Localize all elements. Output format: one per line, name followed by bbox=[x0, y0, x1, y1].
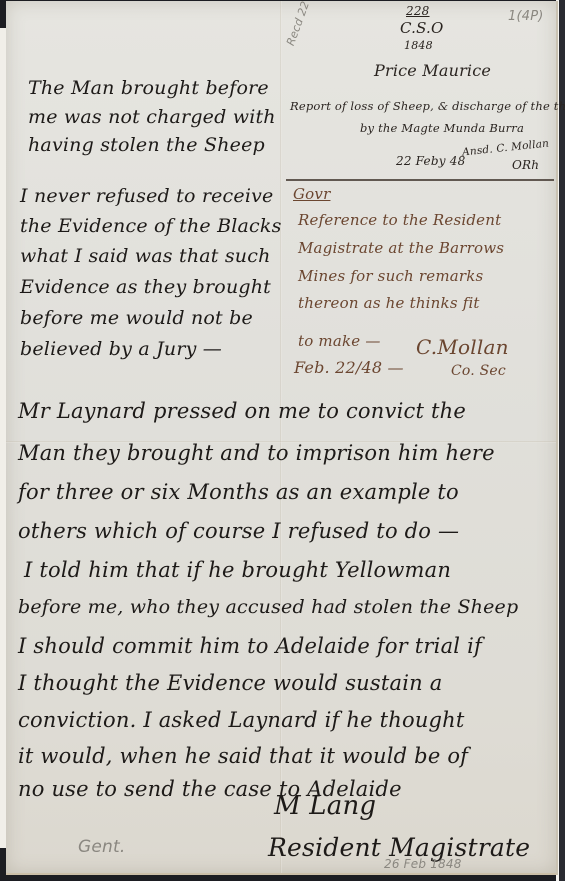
docket-series: C.S.O bbox=[400, 19, 444, 37]
closing-signature: M Lang bbox=[274, 791, 376, 821]
minute-line: thereon as he thinks fit bbox=[298, 294, 480, 312]
closing-date: 26 Feb 1848 bbox=[384, 857, 462, 871]
body-line: conviction. I asked Laynard if he though… bbox=[18, 708, 465, 732]
intro-line: The Man brought before bbox=[28, 77, 269, 99]
body-line: Mr Laynard pressed on me to convict the bbox=[18, 399, 466, 423]
intro-line: having stolen the Sheep bbox=[28, 134, 265, 156]
minute-line: Reference to the Resident bbox=[298, 211, 501, 229]
body-line: I thought the Evidence would sustain a bbox=[18, 671, 442, 695]
body-left-line: what I said was that such bbox=[20, 245, 271, 267]
body-line: others which of course I refused to do — bbox=[18, 519, 459, 543]
docket-name: Price Maurice bbox=[374, 61, 491, 80]
vertical-fold-line bbox=[280, 1, 282, 873]
docket-subject-line2: by the Magte Munda Burra bbox=[360, 121, 524, 135]
body-left-line: I never refused to receive bbox=[20, 185, 274, 207]
body-line: it would, when he said that it would be … bbox=[18, 744, 468, 768]
docket-date: 22 Feby 48 bbox=[396, 154, 465, 168]
letter-page: Recd 22 Feb 1(4P) 228 C.S.O 1848 Price M… bbox=[6, 1, 558, 875]
minute-signature: C.Mollan bbox=[416, 335, 509, 359]
minute-line: to make — bbox=[298, 332, 381, 350]
docket-year: 1848 bbox=[404, 39, 433, 52]
body-line: for three or six Months as an example to bbox=[18, 480, 459, 504]
body-line: I should commit him to Adelaide for tria… bbox=[18, 634, 482, 658]
docket-initials: ORh bbox=[512, 158, 539, 172]
minute-line: Mines for such remarks bbox=[298, 267, 483, 285]
docket-number: 228 bbox=[406, 4, 430, 18]
left-note: Gent. bbox=[78, 837, 125, 857]
minute-date: Feb. 22/48 — bbox=[294, 358, 404, 377]
minute-line: Magistrate at the Barrows bbox=[298, 239, 504, 257]
docket-acknowledged: Ansd. C. Mollan bbox=[462, 137, 550, 158]
body-line: I told him that if he brought Yellowman bbox=[24, 558, 451, 582]
body-line: before me, who they accused had stolen t… bbox=[18, 596, 518, 618]
body-left-line: believed by a Jury — bbox=[20, 338, 222, 360]
intro-line: me was not charged with bbox=[28, 106, 276, 128]
body-left-line: the Evidence of the Blacks bbox=[20, 215, 282, 237]
docket-divider-rule bbox=[286, 179, 554, 181]
minute-line: Govr bbox=[293, 185, 330, 203]
received-note: Recd 22 Feb bbox=[284, 0, 320, 47]
body-line: Man they brought and to imprison him her… bbox=[18, 441, 495, 465]
body-left-line: Evidence as they brought bbox=[20, 276, 271, 298]
docket-subject-line1: Report of loss of Sheep, & discharge of … bbox=[290, 99, 565, 113]
folio-number: 1(4P) bbox=[508, 9, 544, 24]
body-left-line: before me would not be bbox=[20, 307, 253, 329]
minute-signature-title: Co. Sec bbox=[451, 363, 506, 379]
